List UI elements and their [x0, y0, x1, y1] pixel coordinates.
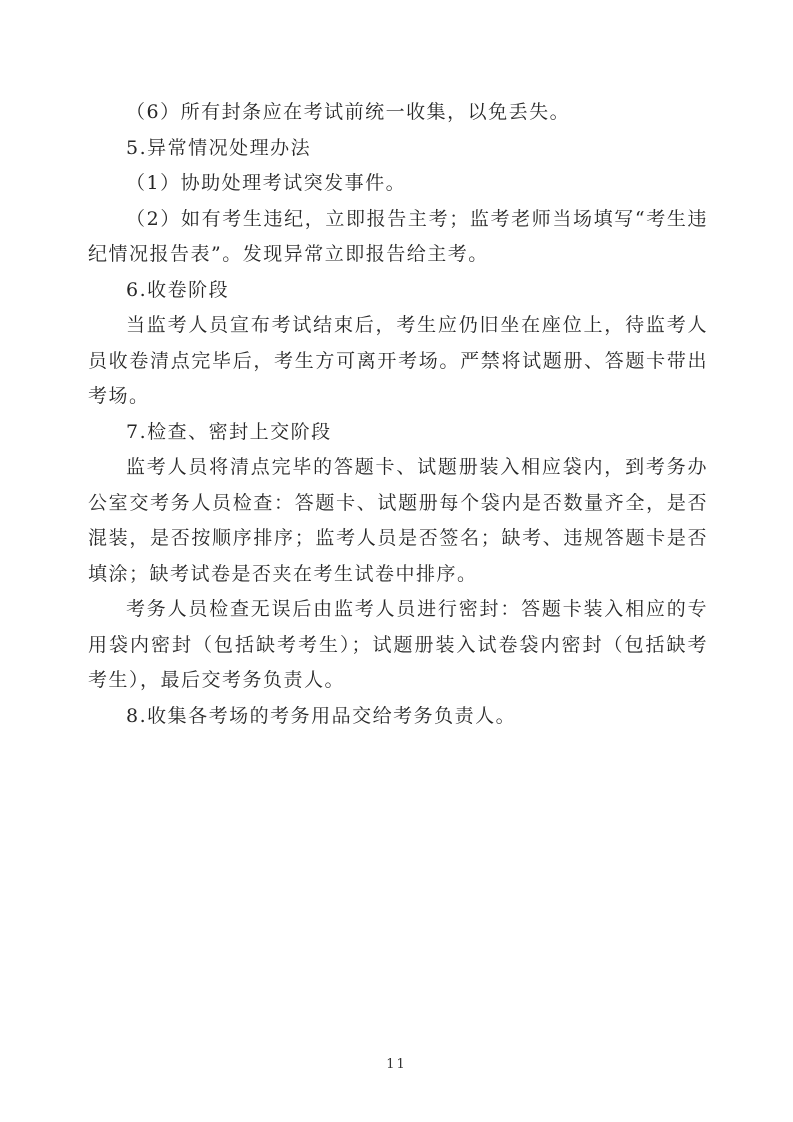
page-footer: 11	[0, 1053, 793, 1072]
document-page: （6）所有封条应在考试前统一收集，以免丢失。 5.异常情况处理办法 （1）协助处…	[0, 0, 793, 1122]
document-body: （6）所有封条应在考试前统一收集，以免丢失。 5.异常情况处理办法 （1）协助处…	[88, 95, 708, 734]
paragraph-emergency-2: （2）如有考生违纪，立即报告主考；监考老师当场填写“考生违纪情况报告表”。发现异…	[88, 202, 708, 273]
paragraph-sealing: 考务人员检查无误后由监考人员进行密封：答题卡装入相应的专用袋内密封（包括缺考考生…	[88, 592, 708, 699]
paragraph-emergency-1: （1）协助处理考试突发事件。	[88, 166, 708, 202]
heading-section-5: 5.异常情况处理办法	[88, 131, 708, 167]
paragraph-section-8: 8.收集各考场的考务用品交给考务负责人。	[88, 699, 708, 735]
page-number: 11	[386, 1057, 407, 1072]
paragraph-inspection: 监考人员将清点完毕的答题卡、试题册装入相应袋内，到考务办公室交考务人员检查：答题…	[88, 450, 708, 592]
paragraph-seal-collection: （6）所有封条应在考试前统一收集，以免丢失。	[88, 95, 708, 131]
heading-section-6: 6.收卷阶段	[88, 273, 708, 309]
heading-section-7: 7.检查、密封上交阶段	[88, 415, 708, 451]
paragraph-paper-collection: 当监考人员宣布考试结束后，考生应仍旧坐在座位上，待监考人员收卷清点完毕后，考生方…	[88, 308, 708, 415]
